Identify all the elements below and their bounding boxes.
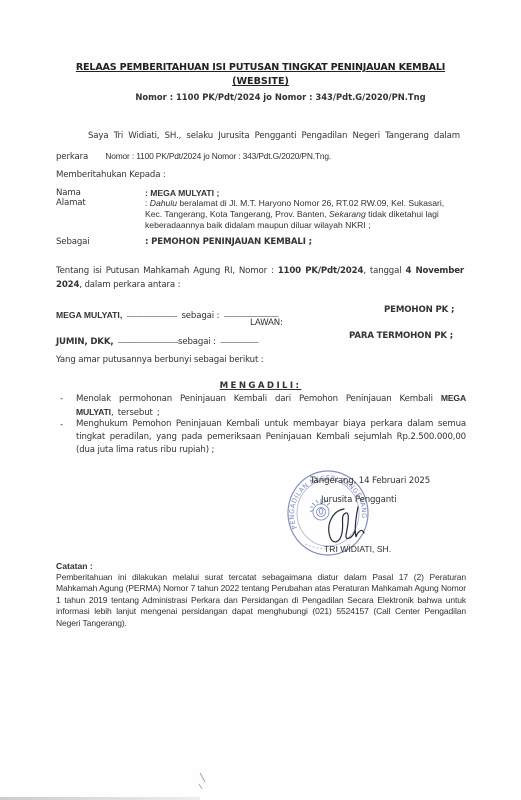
scan-artifact-mark bbox=[195, 770, 215, 800]
signature-place-date: Tangerang, 14 Februari 2025 bbox=[310, 476, 430, 486]
nama-value: : MEGA MULYATI ; bbox=[145, 188, 219, 198]
mengadili-heading: MENGADILI: bbox=[0, 381, 521, 391]
handwritten-signature-icon bbox=[322, 503, 382, 548]
alamat-label: Alamat bbox=[56, 198, 86, 208]
intro-perkara: perkara bbox=[56, 152, 88, 162]
party2-role: PARA TERMOHON PK ; bbox=[349, 331, 453, 341]
catatan-heading: Catatan : bbox=[56, 561, 93, 571]
party1-role: PEMOHON PK ; bbox=[384, 305, 454, 315]
document-subtitle: (WEBSITE) bbox=[0, 76, 521, 87]
list-bullet: - bbox=[60, 420, 63, 430]
intro-case-number: Nomor : 1100 PK/Pdt/2024 jo Nomor : 343/… bbox=[105, 151, 331, 161]
case-number-line: Nomor : 1100 PK/Pdt/2024 jo Nomor : 343/… bbox=[0, 92, 521, 102]
mengadili-item-2: Menghukum Pemohon Peninjauan Kembali unt… bbox=[76, 418, 466, 457]
lawan-label: LAWAN: bbox=[250, 318, 283, 328]
alamat-sekarang: Sekarang bbox=[329, 209, 366, 219]
sebagai-value: : PEMOHON PENINJAUAN KEMBALI ; bbox=[145, 237, 312, 247]
party-row-1: MEGA MULYATI, --------------------------… bbox=[56, 305, 278, 323]
party2-name: JUMIN, DKK, bbox=[56, 337, 113, 347]
tentang-paragraph: Tentang isi Putusan Mahkamah Agung RI, N… bbox=[56, 265, 464, 292]
alamat-value: : Dahulu beralamat di Jl. M.T. Haryono N… bbox=[145, 198, 445, 231]
catatan-text: Pemberitahuan ini dilakukan melalui sura… bbox=[56, 572, 466, 629]
document-title: RELAAS PEMBERITAHUAN ISI PUTUSAN TINGKAT… bbox=[0, 62, 521, 73]
putusan-number: 1100 PK/Pdt/2024 bbox=[278, 266, 364, 276]
signer-name: TRI WIDIATI, SH. bbox=[324, 544, 391, 554]
alamat-dahulu: Dahulu bbox=[150, 198, 177, 208]
party1-name: MEGA MULYATI, bbox=[56, 310, 122, 320]
list-bullet: - bbox=[60, 394, 63, 404]
document-page: RELAAS PEMBERITAHUAN ISI PUTUSAN TINGKAT… bbox=[0, 0, 521, 800]
mengadili-item-1: Menolak permohonan Peninjauan Kembali da… bbox=[76, 392, 466, 420]
memberitahukan-label: Memberitahukan Kepada : bbox=[56, 170, 166, 180]
amar-intro: Yang amar putusannya berbunyi sebagai be… bbox=[56, 355, 264, 365]
sebagai-label: Sebagai bbox=[56, 237, 90, 247]
party-row-2: JUMIN, DKK, ----------------------------… bbox=[56, 331, 258, 349]
intro-line-2: perkara Nomor : 1100 PK/Pdt/2024 jo Nomo… bbox=[56, 151, 331, 162]
intro-line-1: Saya Tri Widiati, SH., selaku Jurusita P… bbox=[88, 131, 460, 141]
nama-label: Nama bbox=[56, 188, 81, 198]
